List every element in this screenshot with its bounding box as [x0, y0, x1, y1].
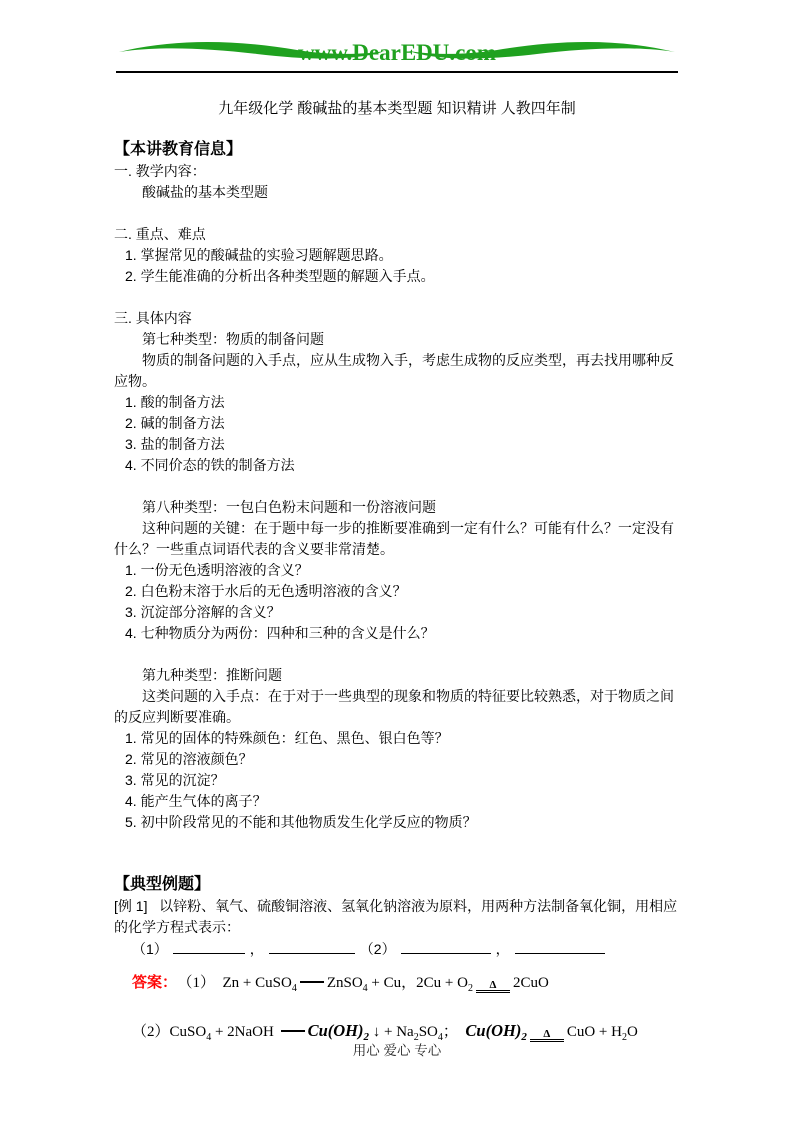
blank-separator-2: ，: [496, 941, 510, 957]
answer-line-1: 答案：（1） Zn + CuSO4ZnSO4 + Cu，2Cu + O2Δ2Cu…: [114, 972, 680, 1004]
chemical-equation-1: （1） Zn + CuSO4ZnSO4 + Cu，2Cu + O2Δ2CuO: [185, 975, 549, 991]
equals-delta-sign: Δ: [476, 980, 510, 993]
footer-motto: 用心 爱心 专心: [353, 1043, 442, 1058]
blank-field-3: [401, 940, 491, 954]
type8-desc: 这种问题的关键：在于题中每一步的推断要准确到一定有什么？可能有什么？一定没有什么…: [114, 518, 680, 560]
type9-point: 2. 常见的溶液颜色？: [114, 749, 680, 770]
equation-text: CuO + H: [567, 1024, 622, 1040]
spacer: [114, 203, 680, 224]
teaching-content-value: 酸碱盐的基本类型题: [114, 182, 680, 203]
equation-text: Cu(OH): [465, 1021, 521, 1040]
type7-title: 第七种类型：物质的制备问题: [114, 329, 680, 350]
type8-point: 2. 白色粉末溶于水后的无色透明溶液的含义？: [114, 581, 680, 602]
type9-point: 4. 能产生气体的离子？: [114, 791, 680, 812]
teaching-content-label: 一. 教学内容：: [114, 161, 680, 182]
equals-sign: [300, 981, 324, 984]
type8-title: 第八种类型：一包白色粉末问题和一份溶液问题: [114, 497, 680, 518]
type7-point: 3. 盐的制备方法: [114, 434, 680, 455]
example-1-gap: [147, 898, 159, 914]
type7-point: 2. 碱的制备方法: [114, 413, 680, 434]
chemical-equation-2: （2）CuSO4 + 2NaOH Cu(OH)2 ↓ + Na2SO4； Cu(…: [132, 1024, 638, 1040]
site-header: www.DearEDU.com: [0, 0, 794, 73]
keypoint-item: 1. 掌握常见的酸碱盐的实验习题解题思路。: [114, 245, 680, 266]
answer-blanks-line: （1），（2），: [114, 939, 680, 960]
document-page: www.DearEDU.com 九年级化学 酸碱盐的基本类型题 知识精讲 人教四…: [0, 0, 794, 1123]
document-body: 【本讲教育信息】 一. 教学内容： 酸碱盐的基本类型题 二. 重点、难点 1. …: [0, 139, 794, 1052]
example-1-text: 以锌粉、氧气、硫酸铜溶液、氢氧化钠溶液为原料，用两种方法制备氧化铜，用相应的化学…: [114, 898, 677, 935]
type9-title: 第九种类型：推断问题: [114, 665, 680, 686]
equation-text: 2: [468, 983, 473, 994]
blank-field-4: [515, 940, 605, 954]
equation-text: Cu(OH): [308, 1021, 364, 1040]
type9-desc: 这类问题的入手点：在于对于一些典型的现象和物质的特征要比较熟悉，对于物质之间的反…: [114, 686, 680, 728]
equation-text: （1） Zn + CuSO: [185, 975, 292, 991]
type8-point: 3. 沉淀部分溶解的含义？: [114, 602, 680, 623]
equation-text: O: [627, 1024, 638, 1040]
equation-text: + 2NaOH: [211, 1024, 277, 1040]
type7-point: 1. 酸的制备方法: [114, 392, 680, 413]
keypoint-item: 2. 学生能准确的分析出各种类型题的解题入手点。: [114, 266, 680, 287]
section-examples-heading: 【典型例题】: [114, 874, 680, 896]
page-footer: 用心 爱心 专心: [0, 1040, 794, 1061]
type9-point: 3. 常见的沉淀？: [114, 770, 680, 791]
spacer: [114, 644, 680, 665]
blank-label-2: （2）: [360, 941, 396, 957]
equation-text: ZnSO: [327, 975, 363, 991]
spacer: [114, 476, 680, 497]
equation-text: + Cu，2Cu + O: [368, 975, 468, 991]
dearedu-logo: www.DearEDU.com: [117, 36, 677, 70]
type7-point: 4. 不同价态的铁的制备方法: [114, 455, 680, 476]
type7-desc: 物质的制备问题的入手点，应从生成物入手，考虑生成物的反应类型，再去找用哪种反应物…: [114, 350, 680, 392]
equals-sign: [281, 1030, 305, 1033]
equation-text: （2）CuSO: [132, 1024, 206, 1040]
equation-text: SO: [419, 1024, 438, 1040]
blank-field-2: [269, 940, 355, 954]
type9-point: 1. 常见的固体的特殊颜色：红色、黑色、银白色等？: [114, 728, 680, 749]
blank-field-1: [173, 940, 245, 954]
delta-heat-symbol: Δ: [530, 1029, 564, 1039]
equation-text: 2CuO: [513, 975, 549, 991]
equation-text: ；: [443, 1024, 466, 1040]
type8-point: 4. 七种物质分为两份：四种和三种的含义是什么？: [114, 623, 680, 644]
section-info-heading: 【本讲教育信息】: [114, 139, 680, 161]
blank-label-1: （1）: [132, 941, 168, 957]
page-title: 九年级化学 酸碱盐的基本类型题 知识精讲 人教四年制: [0, 98, 794, 119]
answer-label: 答案：: [132, 974, 177, 991]
spacer: [114, 833, 680, 854]
example-1-paragraph: [例 1] 以锌粉、氧气、硫酸铜溶液、氢氧化钠溶液为原料，用两种方法制备氧化铜，…: [114, 896, 680, 938]
equation-text: 4: [292, 983, 297, 994]
detail-label: 三. 具体内容: [114, 308, 680, 329]
logo-text: www.DearEDU.com: [298, 40, 496, 65]
delta-heat-symbol: Δ: [476, 980, 510, 990]
type9-point: 5. 初中阶段常见的不能和其他物质发生化学反应的物质？: [114, 812, 680, 833]
blank-separator-1: ，: [250, 941, 264, 957]
spacer: [114, 287, 680, 308]
example-1-label: [例 1]: [114, 898, 147, 914]
type8-point: 1. 一份无色透明溶液的含义？: [114, 560, 680, 581]
header-rule: [116, 71, 678, 73]
keypoints-label: 二. 重点、难点: [114, 224, 680, 245]
equation-text: ↓ + Na: [369, 1024, 414, 1040]
